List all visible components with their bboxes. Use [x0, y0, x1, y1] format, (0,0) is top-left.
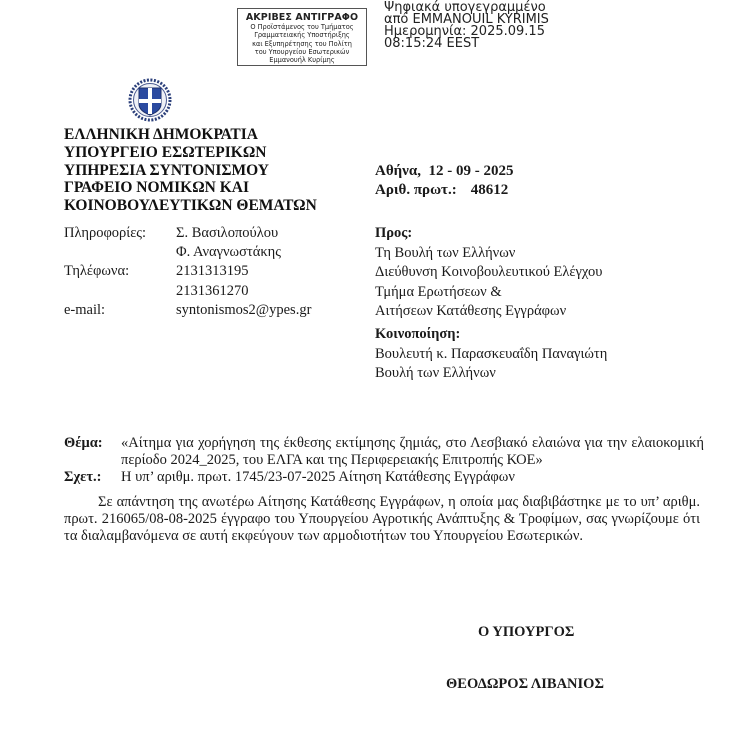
stamp-line: και Εξυπηρέτησης του Πολίτη — [238, 40, 366, 48]
body-paragraph: Σε απάντηση της ανωτέρω Αίτησης Κατάθεση… — [64, 494, 700, 546]
contact-info: Πληροφορίες:Σ. Βασιλοπούλου Φ. Αναγνωστά… — [64, 224, 311, 320]
org-line: ΚΟΙΝΟΒΟΥΛΕΥΤΙΚΩΝ ΘΕΜΑΤΩΝ — [64, 197, 317, 215]
place-label: Αθήνα, — [375, 163, 421, 179]
org-line: ΓΡΑΦΕΙΟ ΝΟΜΙΚΩΝ ΚΑΙ — [64, 179, 317, 197]
greek-coat-of-arms-icon — [128, 78, 172, 122]
subject-block: Θέμα: «Αίτημα για χορήγηση της έκθεσης ε… — [64, 435, 704, 486]
recipient-line: Τη Βουλή των Ελλήνων — [375, 244, 602, 264]
phone-number: 2131313195 — [176, 262, 249, 281]
protocol-label: Αριθ. πρωτ.: — [375, 182, 457, 198]
org-line: ΥΠΟΥΡΓΕΙΟ ΕΣΩΤΕΡΙΚΩΝ — [64, 144, 317, 162]
org-line: ΕΛΛΗΝΙΚΗ ΔΗΜΟΚΡΑΤΙΑ — [64, 126, 317, 144]
phone-number: 2131361270 — [176, 282, 249, 301]
stamp-line: Εμμανουήλ Κυρίμης — [238, 56, 366, 64]
email-label: e-mail: — [64, 301, 176, 320]
issuing-organization: ΕΛΛΗΝΙΚΗ ΔΗΜΟΚΡΑΤΙΑ ΥΠΟΥΡΓΕΙΟ ΕΣΩΤΕΡΙΚΩΝ… — [64, 126, 317, 215]
cc-line: Βουλευτή κ. Παρασκευαΐδη Παναγιώτη — [375, 345, 607, 365]
stamp-title: ΑΚΡΙΒΕΣ ΑΝΤΙΓΡΑΦΟ — [238, 12, 366, 23]
stamp-line: Ο Προϊστάμενος του Τμήματος — [238, 23, 366, 31]
signature-line: 08:15:24 EEST — [384, 38, 549, 50]
recipient-block: Προς: Τη Βουλή των Ελλήνων Διεύθυνση Κοι… — [375, 224, 602, 322]
info-name: Φ. Αναγνωστάκης — [176, 243, 281, 262]
signatory-title: Ο ΥΠΟΥΡΓΟΣ — [478, 624, 574, 641]
cc-heading: Κοινοποίηση: — [375, 325, 607, 345]
email-address: syntonismos2@ypes.gr — [176, 301, 311, 320]
stamp-line: του Υπουργείου Εσωτερικών — [238, 48, 366, 56]
cc-block: Κοινοποίηση: Βουλευτή κ. Παρασκευαΐδη Πα… — [375, 325, 607, 384]
certified-copy-stamp: ΑΚΡΙΒΕΣ ΑΝΤΙΓΡΑΦΟ Ο Προϊστάμενος του Τμή… — [237, 8, 367, 66]
subject-label: Θέμα: — [64, 435, 121, 469]
info-label: Πληροφορίες: — [64, 224, 176, 243]
protocol-number: 48612 — [471, 182, 509, 198]
reference-text: Η υπ’ αριθμ. πρωτ. 1745/23-07-2025 Αίτησ… — [121, 469, 704, 486]
info-name: Σ. Βασιλοπούλου — [176, 224, 278, 243]
subject-text: «Αίτημα για χορήγηση της έκθεσης εκτίμησ… — [121, 435, 704, 469]
signatory-name: ΘΕΟΔΩΡΟΣ ΛΙΒΑΝΙΟΣ — [446, 676, 604, 693]
cc-line: Βουλή των Ελλήνων — [375, 364, 607, 384]
phone-label: Τηλέφωνα: — [64, 262, 176, 281]
recipient-line: Αιτήσεων Κατάθεσης Εγγράφων — [375, 302, 602, 322]
stamp-line: Γραμματειακής Υποστήριξης — [238, 31, 366, 39]
org-line: ΥΠΗΡΕΣΙΑ ΣΥΝΤΟΝΙΣΜΟΥ — [64, 162, 317, 180]
recipient-line: Τμήμα Ερωτήσεων & — [375, 283, 602, 303]
recipient-line: Διεύθυνση Κοινοβουλευτικού Ελέγχου — [375, 263, 602, 283]
document-date: 12 - 09 - 2025 — [429, 163, 514, 179]
reference-label: Σχετ.: — [64, 469, 121, 486]
digital-signature-block: Ψηφιακά υπογεγραμμένο από EMMANOUIL KYRI… — [384, 2, 549, 50]
recipient-heading: Προς: — [375, 224, 602, 244]
place-date-block: Αθήνα, 12 - 09 - 2025 Αριθ. πρωτ.:48612 — [375, 162, 514, 200]
